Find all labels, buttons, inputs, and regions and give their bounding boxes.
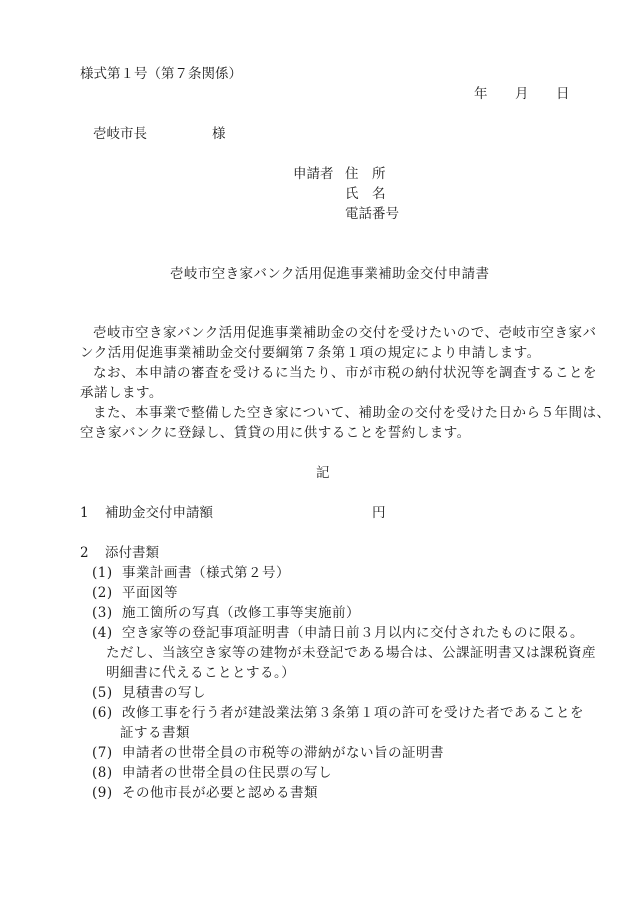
applicant-label: 申請者 (293, 164, 334, 184)
body-p2-line1: なお、本申請の審査を受けるに当たり、市が市税の納付状況等を調査することを (93, 363, 597, 383)
attachment-text: 見積書の写し (122, 685, 206, 701)
item1-number: 1 (80, 503, 89, 523)
attachment-text: 申請者の世帯全員の市税等の滞納がない旨の証明書 (122, 745, 444, 761)
item1-label: 補助金交付申請額 (105, 503, 213, 523)
attachment-text: 空き家等の登記事項証明書（申請日前３月以内に交付されたものに限る。 (122, 625, 584, 641)
applicant-field-name: 氏 名 (345, 184, 386, 204)
attachment-text: 平面図等 (122, 585, 178, 601)
form-number: 様式第１号（第７条関係） (80, 64, 242, 84)
ki-heading: 記 (316, 463, 330, 483)
attachment-item: (6)改修工事を行う者が建設業法第３条第１項の許可を受けた者であることを (92, 703, 584, 723)
date-month-label: 月 (515, 84, 529, 104)
attachment-number: (8) (92, 763, 122, 783)
attachment-continuation: 証する書類 (120, 723, 190, 743)
date-day-label: 日 (556, 84, 570, 104)
attachment-text: その他市長が必要と認める書類 (122, 785, 318, 801)
attachment-item: (1)事業計画書（様式第２号） (92, 563, 290, 583)
attachment-item: (5)見積書の写し (92, 683, 206, 703)
attachment-text: 改修工事を行う者が建設業法第３条第１項の許可を受けた者であることを (122, 705, 584, 721)
attachment-number: (9) (92, 783, 122, 803)
body-p2-line2: 承諾します。 (80, 383, 163, 403)
item2-number: 2 (80, 543, 89, 563)
honorific: 様 (212, 124, 226, 144)
attachment-continuation: 明細書に代えることとする。） (106, 663, 295, 683)
item2-label: 添付書類 (105, 543, 159, 563)
date-year-label: 年 (474, 84, 488, 104)
attachment-number: (5) (92, 683, 122, 703)
attachment-item: (4)空き家等の登記事項証明書（申請日前３月以内に交付されたものに限る。 (92, 623, 584, 643)
attachment-item: (8)申請者の世帯全員の住民票の写し (92, 763, 332, 783)
attachment-number: (1) (92, 563, 122, 583)
attachment-number: (7) (92, 743, 122, 763)
applicant-field-phone: 電話番号 (345, 204, 399, 224)
body-p3-line1: また、本事業で整備した空き家について、補助金の交付を受けた日から５年間は、 (93, 403, 610, 423)
attachment-continuation: ただし、当該空き家等の建物が未登記である場合は、公課証明書又は課税資産 (106, 643, 596, 663)
attachment-item: (9)その他市長が必要と認める書類 (92, 783, 318, 803)
attachment-number: (3) (92, 603, 122, 623)
body-p1-line1: 壱岐市空き家バンク活用促進事業補助金の交付を受けたいので、壱岐市空き家バ (93, 323, 596, 343)
document-title: 壱岐市空き家バンク活用促進事業補助金交付申請書 (170, 264, 489, 284)
attachment-number: (4) (92, 623, 122, 643)
attachment-item: (3)施工箇所の写真（改修工事等実施前） (92, 603, 360, 623)
addressee: 壱岐市長 (93, 124, 147, 144)
attachment-number: (2) (92, 583, 122, 603)
body-p3-line2: 空き家バンクに登録し、賃貸の用に供することを誓約します。 (80, 423, 471, 443)
attachment-text: 申請者の世帯全員の住民票の写し (122, 765, 332, 781)
attachment-text: 施工箇所の写真（改修工事等実施前） (122, 605, 360, 621)
attachment-text: 事業計画書（様式第２号） (122, 565, 290, 581)
body-p1-line2: ンク活用促進事業補助金交付要綱第７条第１項の規定により申請します。 (80, 343, 541, 363)
attachment-item: (7)申請者の世帯全員の市税等の滞納がない旨の証明書 (92, 743, 444, 763)
item1-unit: 円 (372, 503, 386, 523)
attachment-item: (2)平面図等 (92, 583, 178, 603)
attachment-number: (6) (92, 703, 122, 723)
applicant-field-address: 住 所 (345, 164, 386, 184)
